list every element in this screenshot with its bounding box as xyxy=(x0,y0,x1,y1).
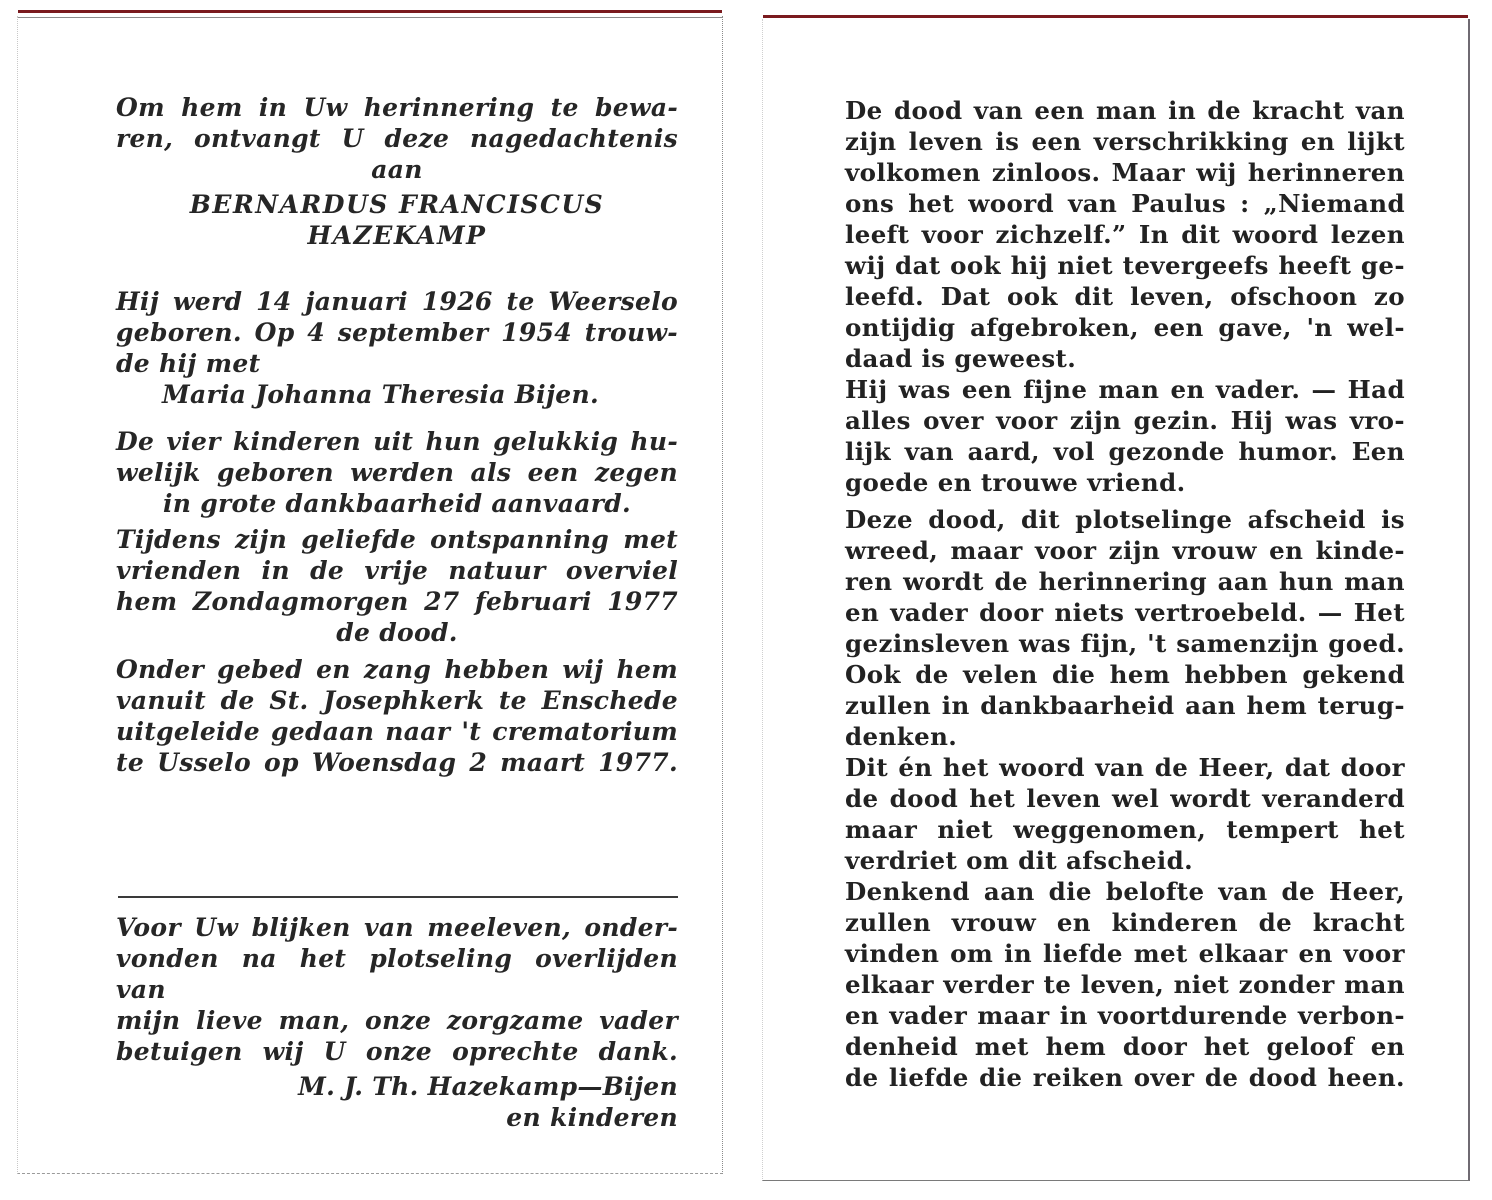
children-block: De vier kinderen uit hun gelukkig hu- we… xyxy=(116,426,678,519)
text-line: vanuit de St. Josephkerk te Enschede xyxy=(116,685,678,716)
paragraph-5: Denkend aan die belofte van de Heer, zul… xyxy=(845,876,1405,1093)
text-line: Tijdens zijn geliefde ontspanning met xyxy=(116,524,678,555)
text-line: wij dat ook hij niet tevergeefs heeft ge… xyxy=(845,250,1405,281)
text-line: verdriet om dit afscheid. xyxy=(845,845,1405,876)
text-line: alles over voor zijn gezin. Hij was vro- xyxy=(845,405,1405,436)
text-line: vonden na het plotseling overlijden van xyxy=(116,943,678,1005)
signature-line: en kinderen xyxy=(116,1102,678,1133)
text-line: betuigen wij U onze oprechte dank. xyxy=(116,1036,678,1067)
text-line: volkomen zinloos. Maar wij herinneren xyxy=(845,157,1405,188)
text-line: wreed, maar voor zijn vrouw en kinde- xyxy=(845,535,1405,566)
text-line: De dood van een man in de kracht van xyxy=(845,95,1405,126)
text-line: lijk van aard, vol gezonde humor. Een xyxy=(845,436,1405,467)
text-line: maar niet weggenomen, tempert het xyxy=(845,814,1405,845)
deceased-name-line: BERNARDUS FRANCISCUS xyxy=(116,189,678,220)
card-top-edge-line xyxy=(18,17,722,18)
text-line: te Usselo op Woensdag 2 maart 1977. xyxy=(116,747,678,778)
text-line: de liefde die reiken over de dood heen. xyxy=(845,1062,1405,1093)
death-block: Tijdens zijn geliefde ontspanning met vr… xyxy=(116,524,678,648)
text-line: en vader maar in voortdurende verbon- xyxy=(845,1000,1405,1031)
text-line: hem Zondagmorgen 27 februari 1977 xyxy=(116,586,678,617)
text-line: Ook de velen die hem hebben gekend xyxy=(845,659,1405,690)
text-line: Dit én het woord van de Heer, dat door xyxy=(845,752,1405,783)
card-top-edge-red xyxy=(18,10,722,13)
intro-line: aan xyxy=(116,154,678,185)
text-line: Onder gebed en zang hebben wij hem xyxy=(116,654,678,685)
text-line: daad is geweest. xyxy=(845,343,1405,374)
text-line: in grote dankbaarheid aanvaard. xyxy=(116,488,678,519)
birth-marriage-block: Hij werd 14 januari 1926 te Weerselo geb… xyxy=(116,286,678,410)
section-divider xyxy=(118,896,678,898)
deceased-name: BERNARDUS FRANCISCUS HAZEKAMP xyxy=(116,189,678,251)
text-line: De vier kinderen uit hun gelukkig hu- xyxy=(116,426,678,457)
deceased-name-line: HAZEKAMP xyxy=(116,220,678,251)
text-line: goede en trouwe vriend. xyxy=(845,467,1405,498)
text-line: Voor Uw blijken van meeleven, onder- xyxy=(116,912,678,943)
text-line: welijk geboren werden als een zegen xyxy=(116,457,678,488)
text-line: Deze dood, dit plotselinge afscheid is xyxy=(845,504,1405,535)
paragraph-2: Hij was een fijne man en vader. — Had al… xyxy=(845,374,1405,498)
text-line: de dood het leven wel wordt veranderd xyxy=(845,783,1405,814)
spouse-name: Maria Johanna Theresia Bijen. xyxy=(116,379,678,410)
card-top-edge-red xyxy=(763,15,1468,18)
text-line: Hij was een fijne man en vader. — Had xyxy=(845,374,1405,405)
reflection-text: De dood van een man in de kracht van zij… xyxy=(845,95,1405,1093)
intro-block: Om hem in Uw herinnering te bewa- ren, o… xyxy=(116,92,678,251)
paragraph-4: Dit én het woord van de Heer, dat door d… xyxy=(845,752,1405,876)
text-line: zullen vrouw en kinderen de kracht xyxy=(845,907,1405,938)
intro-line: ren, ontvangt U deze nagedachtenis xyxy=(116,123,678,154)
text-line: de dood. xyxy=(116,617,678,648)
text-line: elkaar verder te leven, niet zonder man xyxy=(845,969,1405,1000)
text-line: Hij werd 14 januari 1926 te Weerselo xyxy=(116,286,678,317)
text-line: ons het woord van Paulus : „Niemand xyxy=(845,188,1405,219)
text-line: zijn leven is een verschrikking en lijkt xyxy=(845,126,1405,157)
text-line: leeft voor zichzelf.” In dit woord lezen xyxy=(845,219,1405,250)
text-line: en vader door niets vertroebeld. — Het xyxy=(845,597,1405,628)
paragraph-1: De dood van een man in de kracht van zij… xyxy=(845,95,1405,374)
text-line: ontijdig afgebroken, een gave, 'n wel- xyxy=(845,312,1405,343)
text-line: ren wordt de herinnering aan hun man xyxy=(845,566,1405,597)
text-line: denheid met hem door het geloof en xyxy=(845,1031,1405,1062)
text-line: geboren. Op 4 september 1954 trouw- xyxy=(116,317,678,348)
text-line: de hij met xyxy=(116,348,678,379)
text-line: leefd. Dat ook dit leven, ofschoon zo xyxy=(845,281,1405,312)
text-line: uitgeleide gedaan naar 't crematorium xyxy=(116,716,678,747)
text-line: vinden om in liefde met elkaar en voor xyxy=(845,938,1405,969)
text-line: Denkend aan die belofte van de Heer, xyxy=(845,876,1405,907)
memorial-card-left-panel: Om hem in Uw herinnering te bewa- ren, o… xyxy=(17,16,723,1174)
text-line: vrienden in de vrije natuur overviel xyxy=(116,555,678,586)
text-line: zullen in dankbaarheid aan hem terug- xyxy=(845,690,1405,721)
memorial-card-right-panel: De dood van een man in de kracht van zij… xyxy=(762,19,1470,1181)
text-line: denken. xyxy=(845,721,1405,752)
signature-line: M. J. Th. Hazekamp—Bijen xyxy=(116,1071,678,1102)
intro-line: Om hem in Uw herinnering te bewa- xyxy=(116,92,678,123)
paragraph-3: Deze dood, dit plotselinge afscheid is w… xyxy=(845,504,1405,752)
text-line: mijn lieve man, onze zorgzame vader xyxy=(116,1005,678,1036)
funeral-block: Onder gebed en zang hebben wij hem vanui… xyxy=(116,654,678,778)
text-line: gezinsleven was fijn, 't samenzijn goed. xyxy=(845,628,1405,659)
thanks-block: Voor Uw blijken van meeleven, onder- von… xyxy=(116,912,678,1133)
